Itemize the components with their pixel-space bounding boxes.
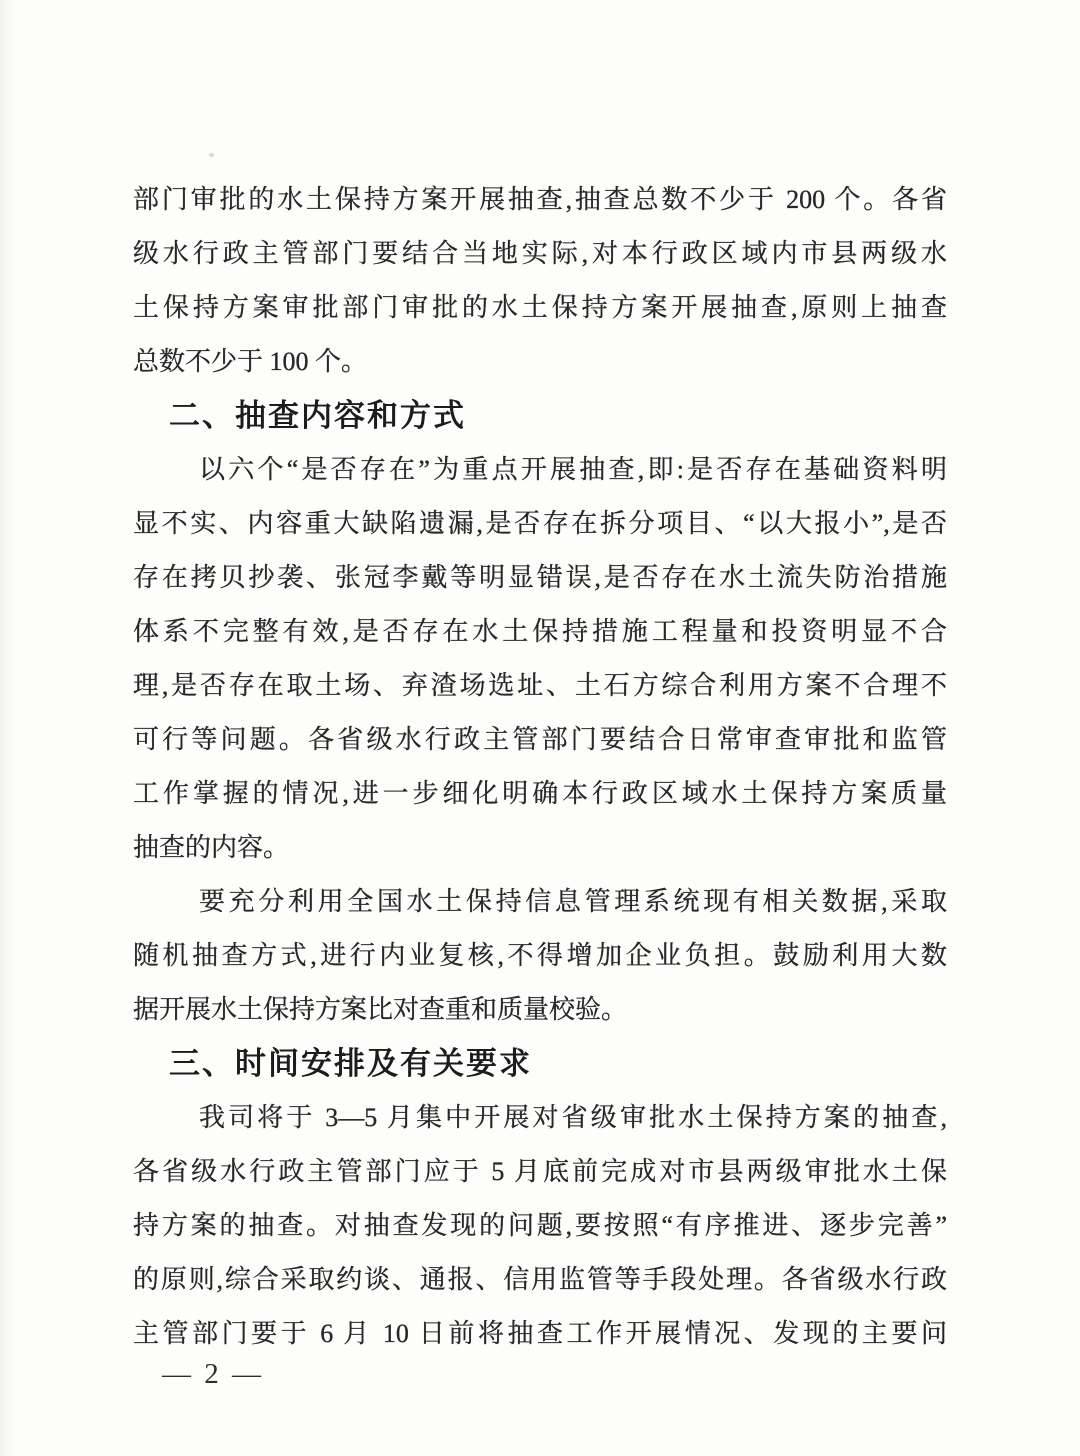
text-line: 理,是否存在取土场、弃渣场选址、土石方综合利用方案不合理不 [133, 659, 947, 713]
scanned-page: 部门审批的水土保持方案开展抽查,抽查总数不少于 200 个。各省级水行政主管部门… [0, 0, 1080, 1456]
text-line: 总数不少于 100 个。 [133, 335, 947, 389]
text-line: 体系不完整有效,是否存在水土保持措施工程量和投资明显不合 [133, 605, 947, 659]
text-line: 以六个“是否存在”为重点开展抽查,即:是否存在基础资料明 [133, 443, 947, 497]
text-line: 部门审批的水土保持方案开展抽查,抽查总数不少于 200 个。各省 [133, 173, 947, 227]
text-line: 据开展水土保持方案比对查重和质量校验。 [133, 983, 947, 1037]
text-line: 可行等问题。各省级水行政主管部门要结合日常审查审批和监管 [133, 713, 947, 767]
text-line: 土保持方案审批部门审批的水土保持方案开展抽查,原则上抽查 [133, 281, 947, 335]
scan-speck [209, 153, 214, 157]
document-body: 部门审批的水土保持方案开展抽查,抽查总数不少于 200 个。各省级水行政主管部门… [133, 173, 947, 1361]
text-line: 工作掌握的情况,进一步细化明确本行政区域水土保持方案质量 [133, 767, 947, 821]
section-heading: 二、抽查内容和方式 [133, 389, 947, 443]
text-line: 持方案的抽查。对抽查发现的问题,要按照“有序推进、逐步完善” [133, 1199, 947, 1253]
text-line: 存在拷贝抄袭、张冠李戴等明显错误,是否存在水土流失防治措施 [133, 551, 947, 605]
page-number-footer: — 2 — [162, 1358, 264, 1391]
text-line: 级水行政主管部门要结合当地实际,对本行政区域内市县两级水 [133, 227, 947, 281]
text-line: 我司将于 3—5 月集中开展对省级审批水土保持方案的抽查, [133, 1091, 947, 1145]
section-heading: 三、时间安排及有关要求 [133, 1037, 947, 1091]
paragraph: 以六个“是否存在”为重点开展抽查,即:是否存在基础资料明显不实、内容重大缺陷遗漏… [133, 443, 947, 875]
text-line: 显不实、内容重大缺陷遗漏,是否存在拆分项目、“以大报小”,是否 [133, 497, 947, 551]
text-line: 的原则,综合采取约谈、通报、信用监管等手段处理。各省级水行政 [133, 1253, 947, 1307]
text-line: 抽查的内容。 [133, 821, 947, 875]
paragraph: 部门审批的水土保持方案开展抽查,抽查总数不少于 200 个。各省级水行政主管部门… [133, 173, 947, 389]
text-line: 要充分利用全国水土保持信息管理系统现有相关数据,采取 [133, 875, 947, 929]
paragraph: 要充分利用全国水土保持信息管理系统现有相关数据,采取随机抽查方式,进行内业复核,… [133, 875, 947, 1037]
text-line: 主管部门要于 6 月 10 日前将抽查工作开展情况、发现的主要问 [133, 1307, 947, 1361]
text-line: 随机抽查方式,进行内业复核,不得增加企业负担。鼓励利用大数 [133, 929, 947, 983]
paragraph: 我司将于 3—5 月集中开展对省级审批水土保持方案的抽查,各省级水行政主管部门应… [133, 1091, 947, 1361]
text-line: 各省级水行政主管部门应于 5 月底前完成对市县两级审批水土保 [133, 1145, 947, 1199]
